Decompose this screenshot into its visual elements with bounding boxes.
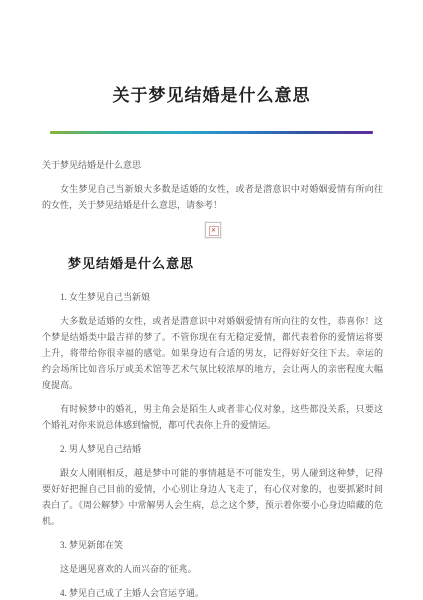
item-1-label: 1. 女生梦见自己当新娘 [42, 289, 383, 305]
item-3-paragraph-1: 这是遇见喜欢的人而兴奋的'征兆。 [42, 561, 383, 577]
section-heading: 梦见结婚是什么意思 [42, 253, 383, 275]
intro-heading: 关于梦见结婚是什么意思 [42, 157, 383, 173]
image-placeholder[interactable]: ✕ [42, 221, 383, 243]
item-4-label: 4. 梦见自己成了主婚人会官运亨通。 [42, 585, 383, 600]
item-3-label: 3. 梦见新郎在笑 [42, 537, 383, 553]
gradient-divider [50, 131, 373, 134]
document-page: 关于梦见结婚是什么意思 关于梦见结婚是什么意思 女生梦见自己当新娘大多数是适婚的… [0, 0, 423, 600]
item-1-paragraph-1: 大多数是适婚的女性，或者是潜意识中对婚姻爱情有所向往的女性，恭喜你！这个梦是结婚… [42, 313, 383, 393]
broken-image-x-glyph: ✕ [209, 226, 219, 236]
item-2-label: 2. 男人梦见自己结婚 [42, 441, 383, 457]
item-2-paragraph-1: 跟女人刚刚相反，越是梦中可能的事情越是不可能发生，男人碰到这种梦，记得要好好把握… [42, 465, 383, 529]
document-body: 关于梦见结婚是什么意思 女生梦见自己当新娘大多数是适婚的女性，或者是潜意识中对婚… [42, 157, 383, 600]
intro-paragraph: 女生梦见自己当新娘大多数是适婚的女性，或者是潜意识中对婚姻爱情有所向往的女性，关… [42, 181, 383, 213]
item-1-paragraph-2: 有时候梦中的婚礼，男主角会是陌生人或者非心仪对象，这些都没关系，只要这个婚礼对你… [42, 401, 383, 433]
page-title: 关于梦见结婚是什么意思 [0, 0, 423, 106]
broken-image-icon: ✕ [205, 222, 221, 238]
